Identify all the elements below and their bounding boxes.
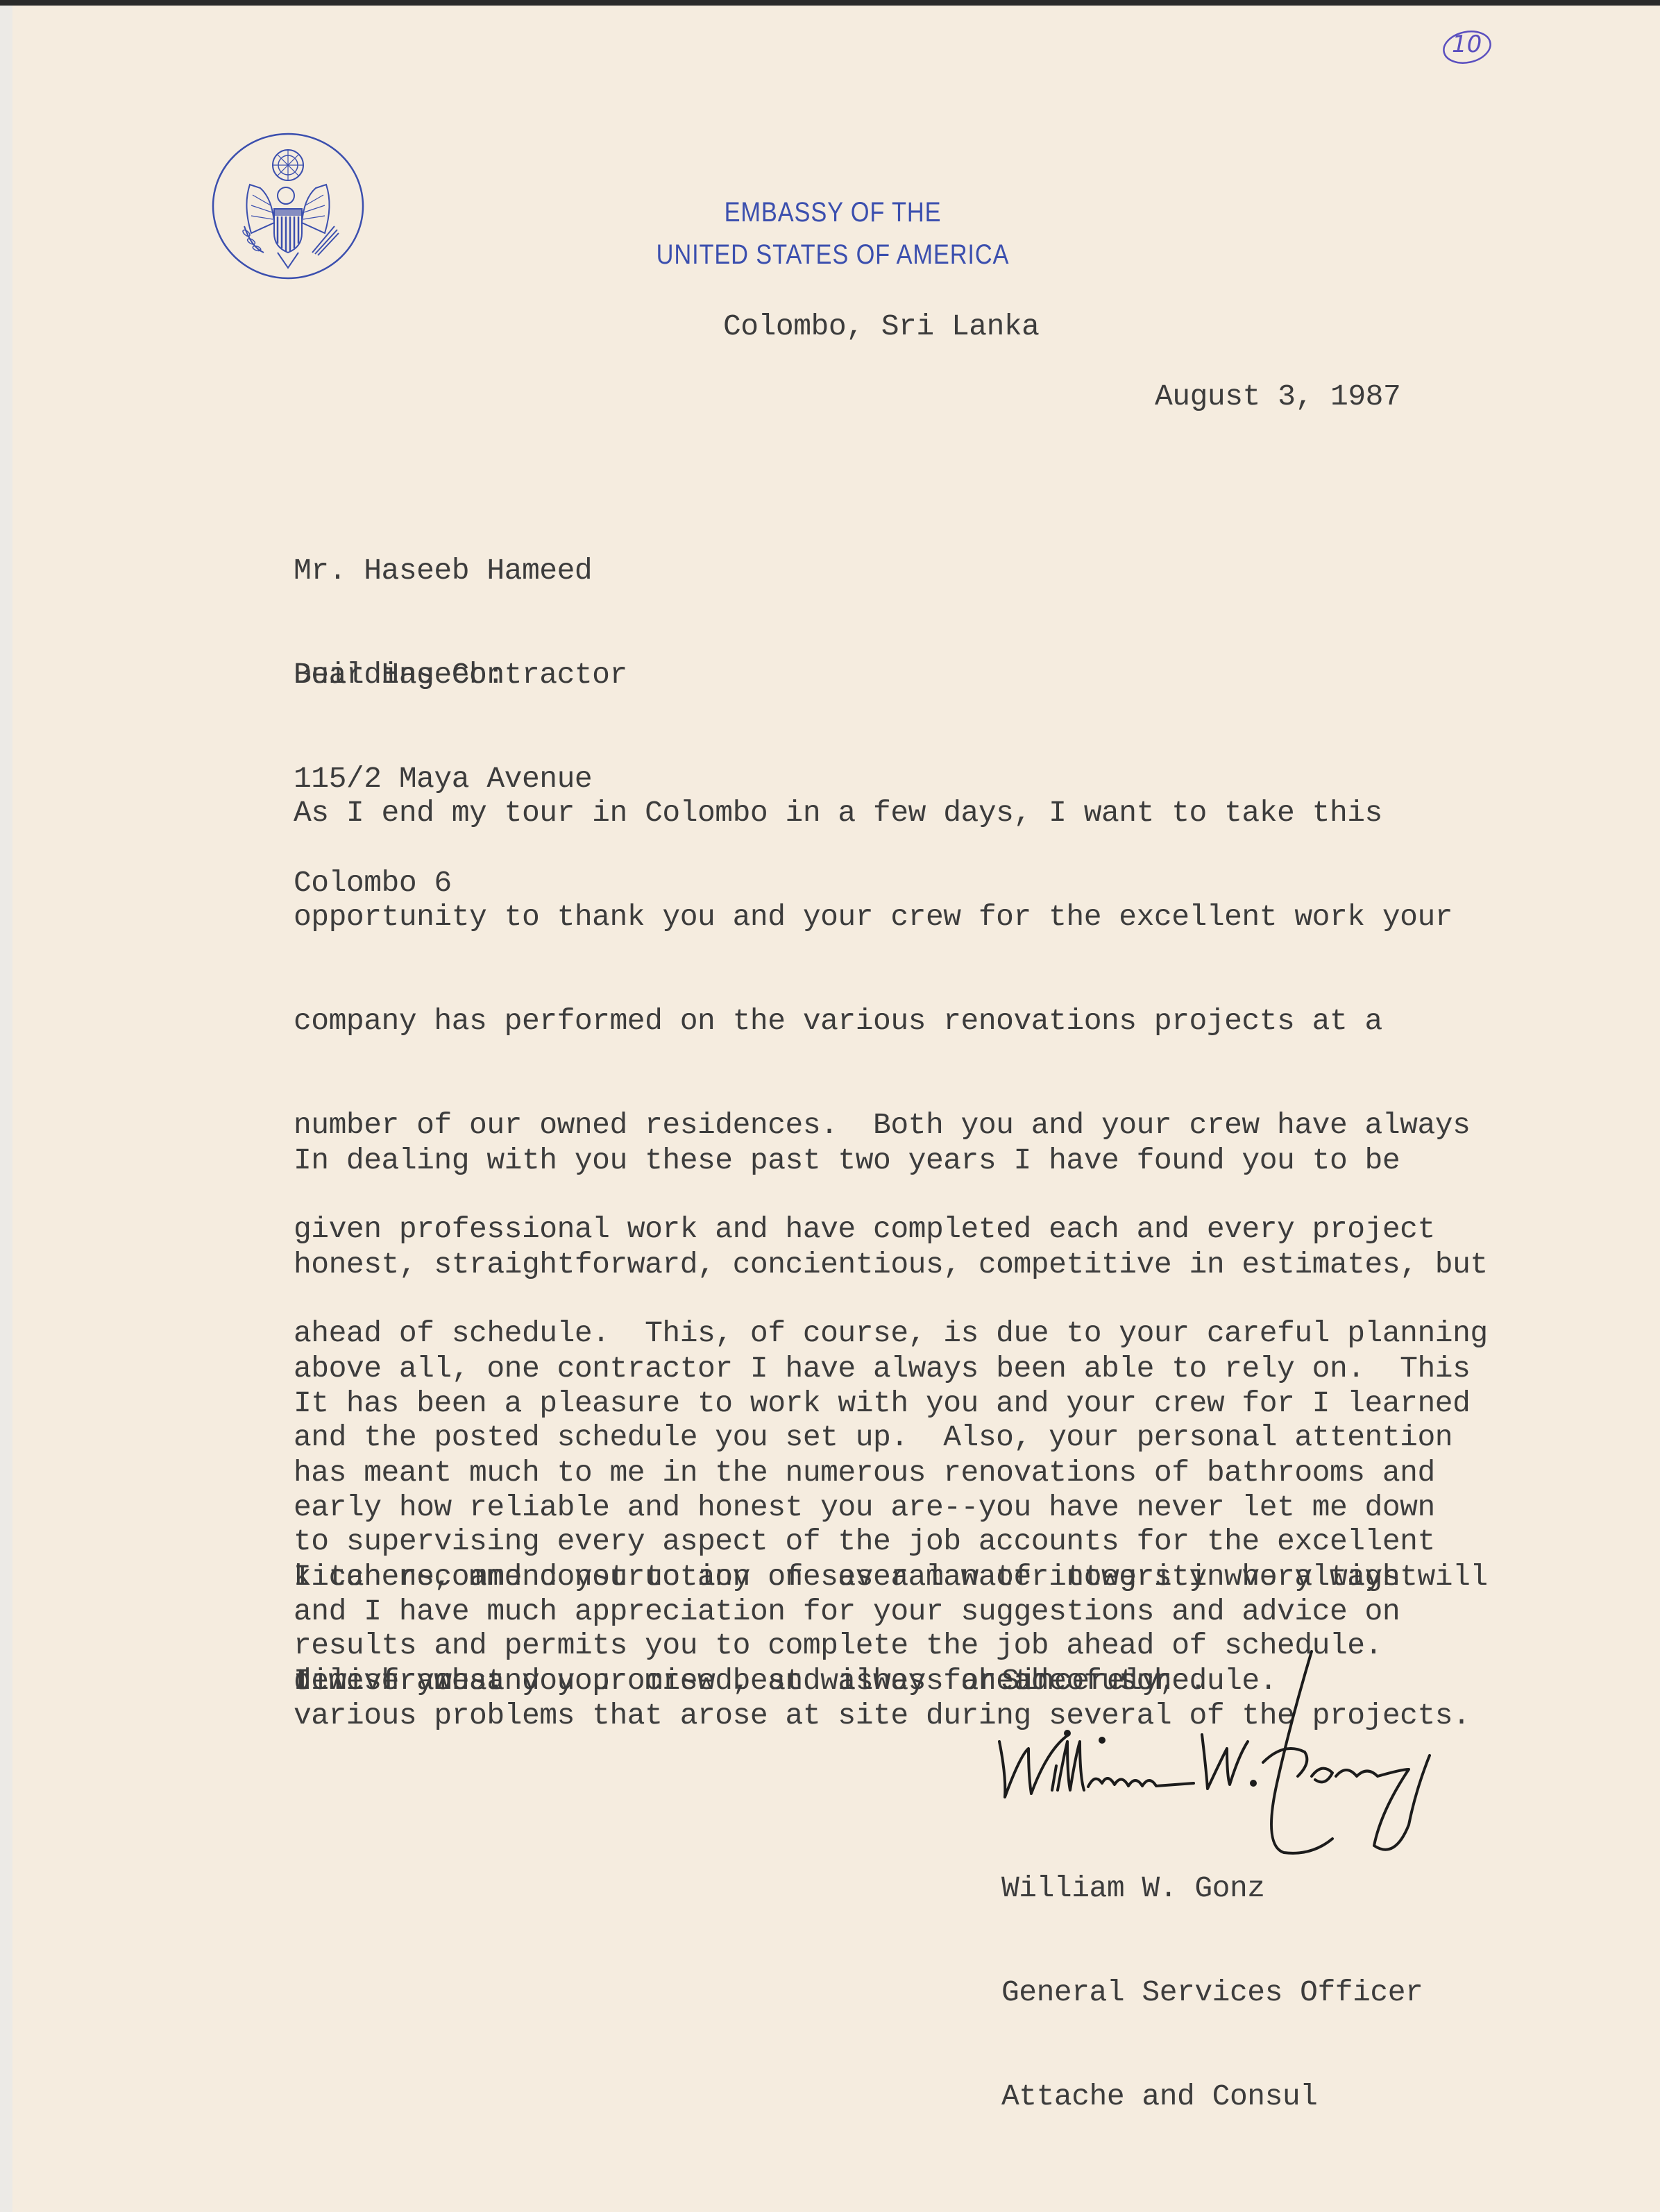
recipient-name: Mr. Haseeb Hameed — [294, 554, 627, 588]
page-number-mark: 10 — [1439, 26, 1495, 68]
letterhead: EMBASSY OF THE UNITED STATES OF AMERICA — [606, 192, 1060, 276]
text-line: It has been a pleasure to work with you … — [294, 1386, 1470, 1421]
text-line: In dealing with you these past two years… — [294, 1143, 1488, 1178]
page-number: 10 — [1452, 31, 1482, 58]
text-line: company has performed on the various ren… — [294, 1004, 1488, 1039]
text-line: I can recommend you to any one as a man … — [294, 1560, 1488, 1594]
signer-name: William W. Gonz — [1001, 1871, 1423, 1906]
letterhead-line-2: UNITED STATES OF AMERICA — [606, 234, 1060, 276]
signer-block: William W. Gonz General Services Officer… — [1001, 1802, 1423, 2149]
text-line: As I end my tour in Colombo in a few day… — [294, 796, 1488, 831]
letter-date: August 3, 1987 — [1155, 380, 1400, 414]
salutation: Dear Haseeb: — [294, 658, 505, 692]
text-line: honest, straightforward, concientious, c… — [294, 1248, 1488, 1282]
signer-title-2: Attache and Consul — [1001, 2079, 1423, 2114]
scan-top-border — [0, 0, 1660, 6]
signer-title: General Services Officer — [1001, 1975, 1423, 2010]
letterhead-location: Colombo, Sri Lanka — [723, 309, 1039, 344]
scan-left-border — [0, 6, 12, 2212]
letterhead-line-1: EMBASSY OF THE — [606, 192, 1060, 234]
great-seal-icon — [208, 129, 368, 283]
text-line: opportunity to thank you and your crew f… — [294, 900, 1488, 935]
